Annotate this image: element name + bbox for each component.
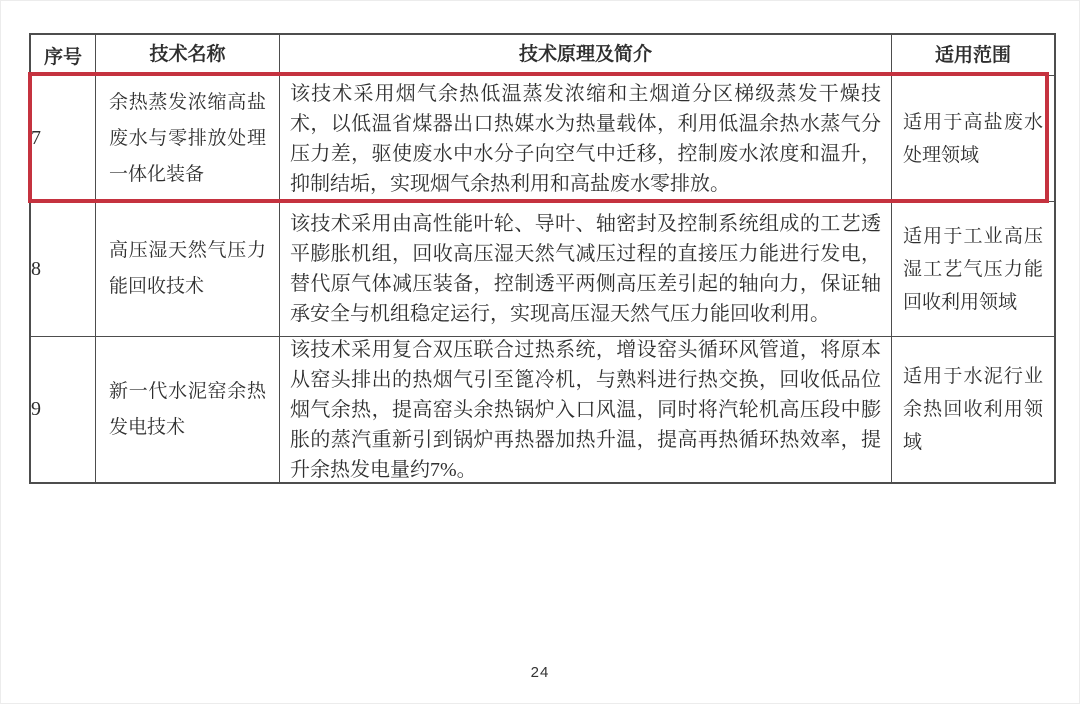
row-index: 7 [31, 127, 95, 150]
row-index: 9 [31, 398, 95, 421]
table-row-9: 9 新一代水泥窑余热发电技术 该技术采用复合双压联合过热系统，增设窑头循环风管道… [31, 336, 1054, 482]
header-label-index: 序号 [31, 42, 95, 69]
header-cell-name: 技术名称 [95, 35, 279, 75]
header-cell-index: 序号 [31, 35, 95, 75]
tech-name-cell: 余热蒸发浓缩高盐废水与零排放处理一体化装备 [95, 76, 279, 201]
header-cell-description: 技术原理及简介 [279, 35, 891, 75]
row-index-cell: 7 [31, 76, 95, 201]
tech-name: 余热蒸发浓缩高盐废水与零排放处理一体化装备 [109, 85, 266, 193]
description-cell: 该技术采用烟气余热低温蒸发浓缩和主烟道分区梯级蒸发干燥技术，以低温省煤器出口热媒… [279, 76, 891, 201]
header-label-name: 技术名称 [109, 37, 266, 73]
tech-name-cell: 高压湿天然气压力能回收技术 [95, 202, 279, 336]
header-label-description: 技术原理及简介 [290, 40, 881, 70]
row-index-cell: 9 [31, 337, 95, 482]
row-index-cell: 8 [31, 202, 95, 336]
document-page: 序号 技术名称 技术原理及简介 适用范围 7 余热蒸发浓缩高盐废水与零排放处理一… [0, 0, 1080, 704]
tech-name: 新一代水泥窑余热发电技术 [109, 374, 266, 446]
header-label-scope: 适用范围 [903, 39, 1043, 72]
description-cell: 该技术采用由高性能叶轮、导叶、轴密封及控制系统组成的工艺透平膨胀机组，回收高压湿… [279, 202, 891, 336]
scope-cell: 适用于高盐废水处理领域 [891, 76, 1054, 201]
table-row-7: 7 余热蒸发浓缩高盐废水与零排放处理一体化装备 该技术采用烟气余热低温蒸发浓缩和… [31, 75, 1054, 201]
description-text: 该技术采用烟气余热低温蒸发浓缩和主烟道分区梯级蒸发干燥技术，以低温省煤器出口热媒… [290, 79, 881, 199]
tech-name: 高压湿天然气压力能回收技术 [109, 233, 266, 305]
scope-cell: 适用于水泥行业余热回收利用领域 [891, 337, 1054, 482]
scope-cell: 适用于工业高压湿工艺气压力能回收利用领域 [891, 202, 1054, 336]
row-index: 8 [31, 258, 95, 281]
tech-name-cell: 新一代水泥窑余热发电技术 [95, 337, 279, 482]
scope-text: 适用于工业高压湿工艺气压力能回收利用领域 [903, 220, 1043, 319]
scope-text: 适用于高盐废水处理领域 [903, 106, 1043, 172]
description-cell: 该技术采用复合双压联合过热系统，增设窑头循环风管道，将原本从窑头排出的热烟气引至… [279, 337, 891, 482]
table-row-8: 8 高压湿天然气压力能回收技术 该技术采用由高性能叶轮、导叶、轴密封及控制系统组… [31, 201, 1054, 336]
scope-text: 适用于水泥行业余热回收利用领域 [903, 360, 1043, 459]
description-text: 该技术采用复合双压联合过热系统，增设窑头循环风管道，将原本从窑头排出的热烟气引至… [290, 337, 881, 482]
description-text: 该技术采用由高性能叶轮、导叶、轴密封及控制系统组成的工艺透平膨胀机组，回收高压湿… [290, 209, 881, 329]
header-cell-scope: 适用范围 [891, 35, 1054, 75]
page-number: 24 [1, 664, 1079, 681]
table-header-row: 序号 技术名称 技术原理及简介 适用范围 [31, 35, 1054, 75]
technology-table: 序号 技术名称 技术原理及简介 适用范围 7 余热蒸发浓缩高盐废水与零排放处理一… [29, 33, 1056, 484]
